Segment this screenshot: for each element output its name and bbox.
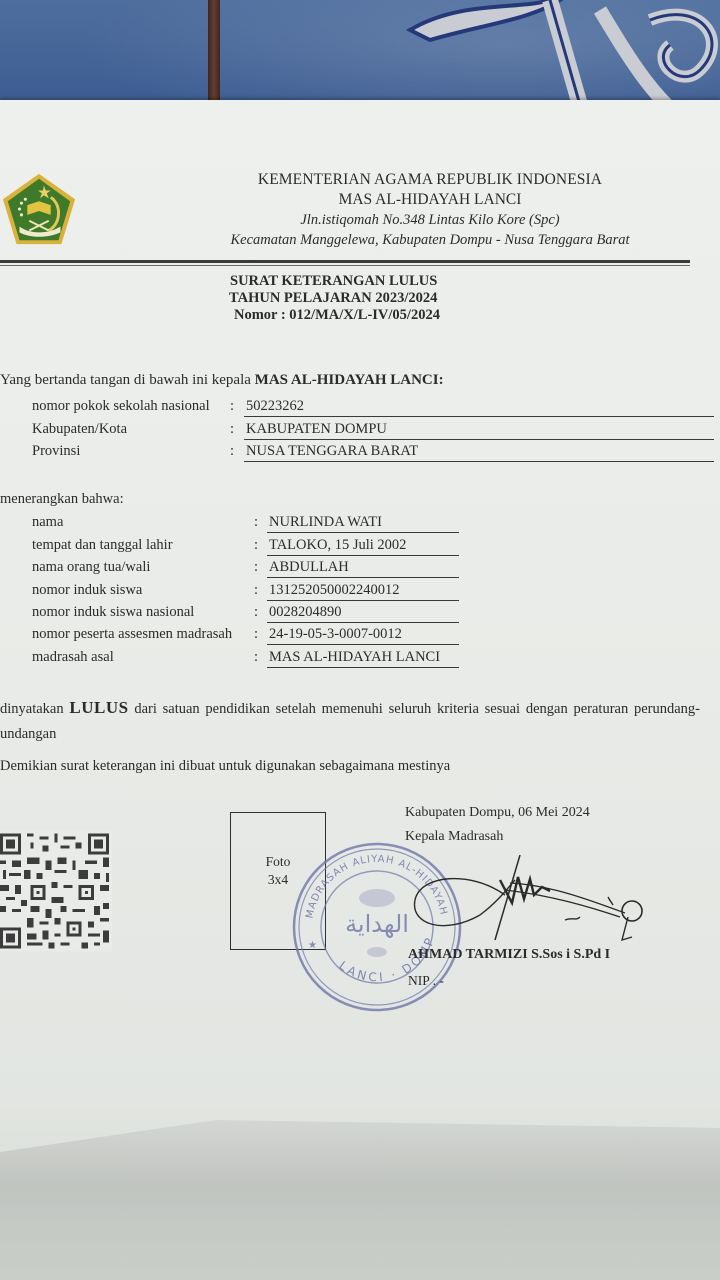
kemenag-logo-icon <box>0 170 78 248</box>
field-value: TALOKO, 15 Juli 2002 <box>267 537 459 556</box>
signer-name: AHMAD TARMIZI S.Sos i S.Pd I <box>408 947 610 963</box>
qr-code-icon <box>0 830 112 952</box>
field-colon: : <box>230 398 234 415</box>
field-colon: : <box>254 537 258 554</box>
title-line: SURAT KETERANGAN LULUS <box>190 273 520 290</box>
signer-nip: NIP . - <box>408 973 444 989</box>
field-label: Provinsi <box>32 443 80 460</box>
letterhead-divider-thin <box>0 265 690 266</box>
field-label: nomor induk siswa nasional <box>32 604 194 621</box>
field-colon: : <box>254 649 258 666</box>
svg-text:★: ★ <box>308 940 317 951</box>
field-label: nama orang tua/wali <box>32 559 150 576</box>
field-colon: : <box>254 604 258 621</box>
paper-fold-shadow <box>0 1120 720 1280</box>
field-value: ABDULLAH <box>267 559 459 578</box>
intro-text: Yang bertanda tangan di bawah ini kepala <box>0 372 255 388</box>
field-colon: : <box>254 582 258 599</box>
document-number: Nomor : 012/MA/X/L-IV/05/2024 <box>190 307 520 324</box>
field-colon: : <box>254 514 258 531</box>
signer-position: Kepala Madrasah <box>405 825 590 849</box>
field-colon: : <box>230 421 234 438</box>
result-status: LULUS <box>69 698 128 717</box>
menerangkan-text: menerangkan bahwa: <box>0 491 124 508</box>
school-address: Jln.istiqomah No.348 Lintas Kilo Kore (S… <box>150 210 710 230</box>
field-label: nomor pokok sekolah nasional <box>32 398 210 415</box>
field-colon: : <box>230 443 234 460</box>
field-value: MAS AL-HIDAYAH LANCI <box>267 649 459 668</box>
intro-statement: Yang bertanda tangan di bawah ini kepala… <box>0 372 444 389</box>
signature-block: Kabupaten Dompu, 06 Mei 2024 Kepala Madr… <box>405 801 590 849</box>
field-label: Kabupaten/Kota <box>32 421 127 438</box>
document-title: SURAT KETERANGAN LULUS TAHUN PELAJARAN 2… <box>190 273 520 324</box>
ministry-name: KEMENTERIAN AGAMA REPUBLIK INDONESIA <box>150 170 710 190</box>
handwritten-signature-icon <box>400 855 650 945</box>
field-label: tempat dan tanggal lahir <box>32 537 173 554</box>
field-value: 131252050002240012 <box>267 582 459 601</box>
field-value: KABUPATEN DOMPU <box>244 421 714 440</box>
graduation-statement: dinyatakan LULUS dari satuan pendidikan … <box>0 695 700 747</box>
field-label: nomor peserta assesmen madrasah <box>32 626 232 643</box>
academic-year: TAHUN PELAJARAN 2023/2024 <box>190 290 520 307</box>
field-value: 50223262 <box>244 398 714 417</box>
letterhead: KEMENTERIAN AGAMA REPUBLIK INDONESIA MAS… <box>150 170 710 250</box>
field-colon: : <box>254 626 258 643</box>
school-district: Kecamatan Manggelewa, Kabupaten Dompu - … <box>150 230 710 250</box>
letterhead-divider <box>0 260 690 263</box>
field-label: nama <box>32 514 63 531</box>
result-prefix: dinyatakan <box>0 701 69 717</box>
place-date: Kabupaten Dompu, 06 Mei 2024 <box>405 801 590 825</box>
field-label: madrasah asal <box>32 649 114 666</box>
field-value: NURLINDA WATI <box>267 514 459 533</box>
field-value: 24-19-05-3-0007-0012 <box>267 626 459 645</box>
intro-school: MAS AL-HIDAYAH LANCI: <box>255 372 444 388</box>
field-colon: : <box>254 559 258 576</box>
field-value: NUSA TENGGARA BARAT <box>244 443 714 462</box>
field-value: 0028204890 <box>267 604 459 623</box>
school-name: MAS AL-HIDAYAH LANCI <box>150 190 710 210</box>
field-label: nomor induk siswa <box>32 582 142 599</box>
closing-statement: Demikian surat keterangan ini dibuat unt… <box>0 758 450 775</box>
